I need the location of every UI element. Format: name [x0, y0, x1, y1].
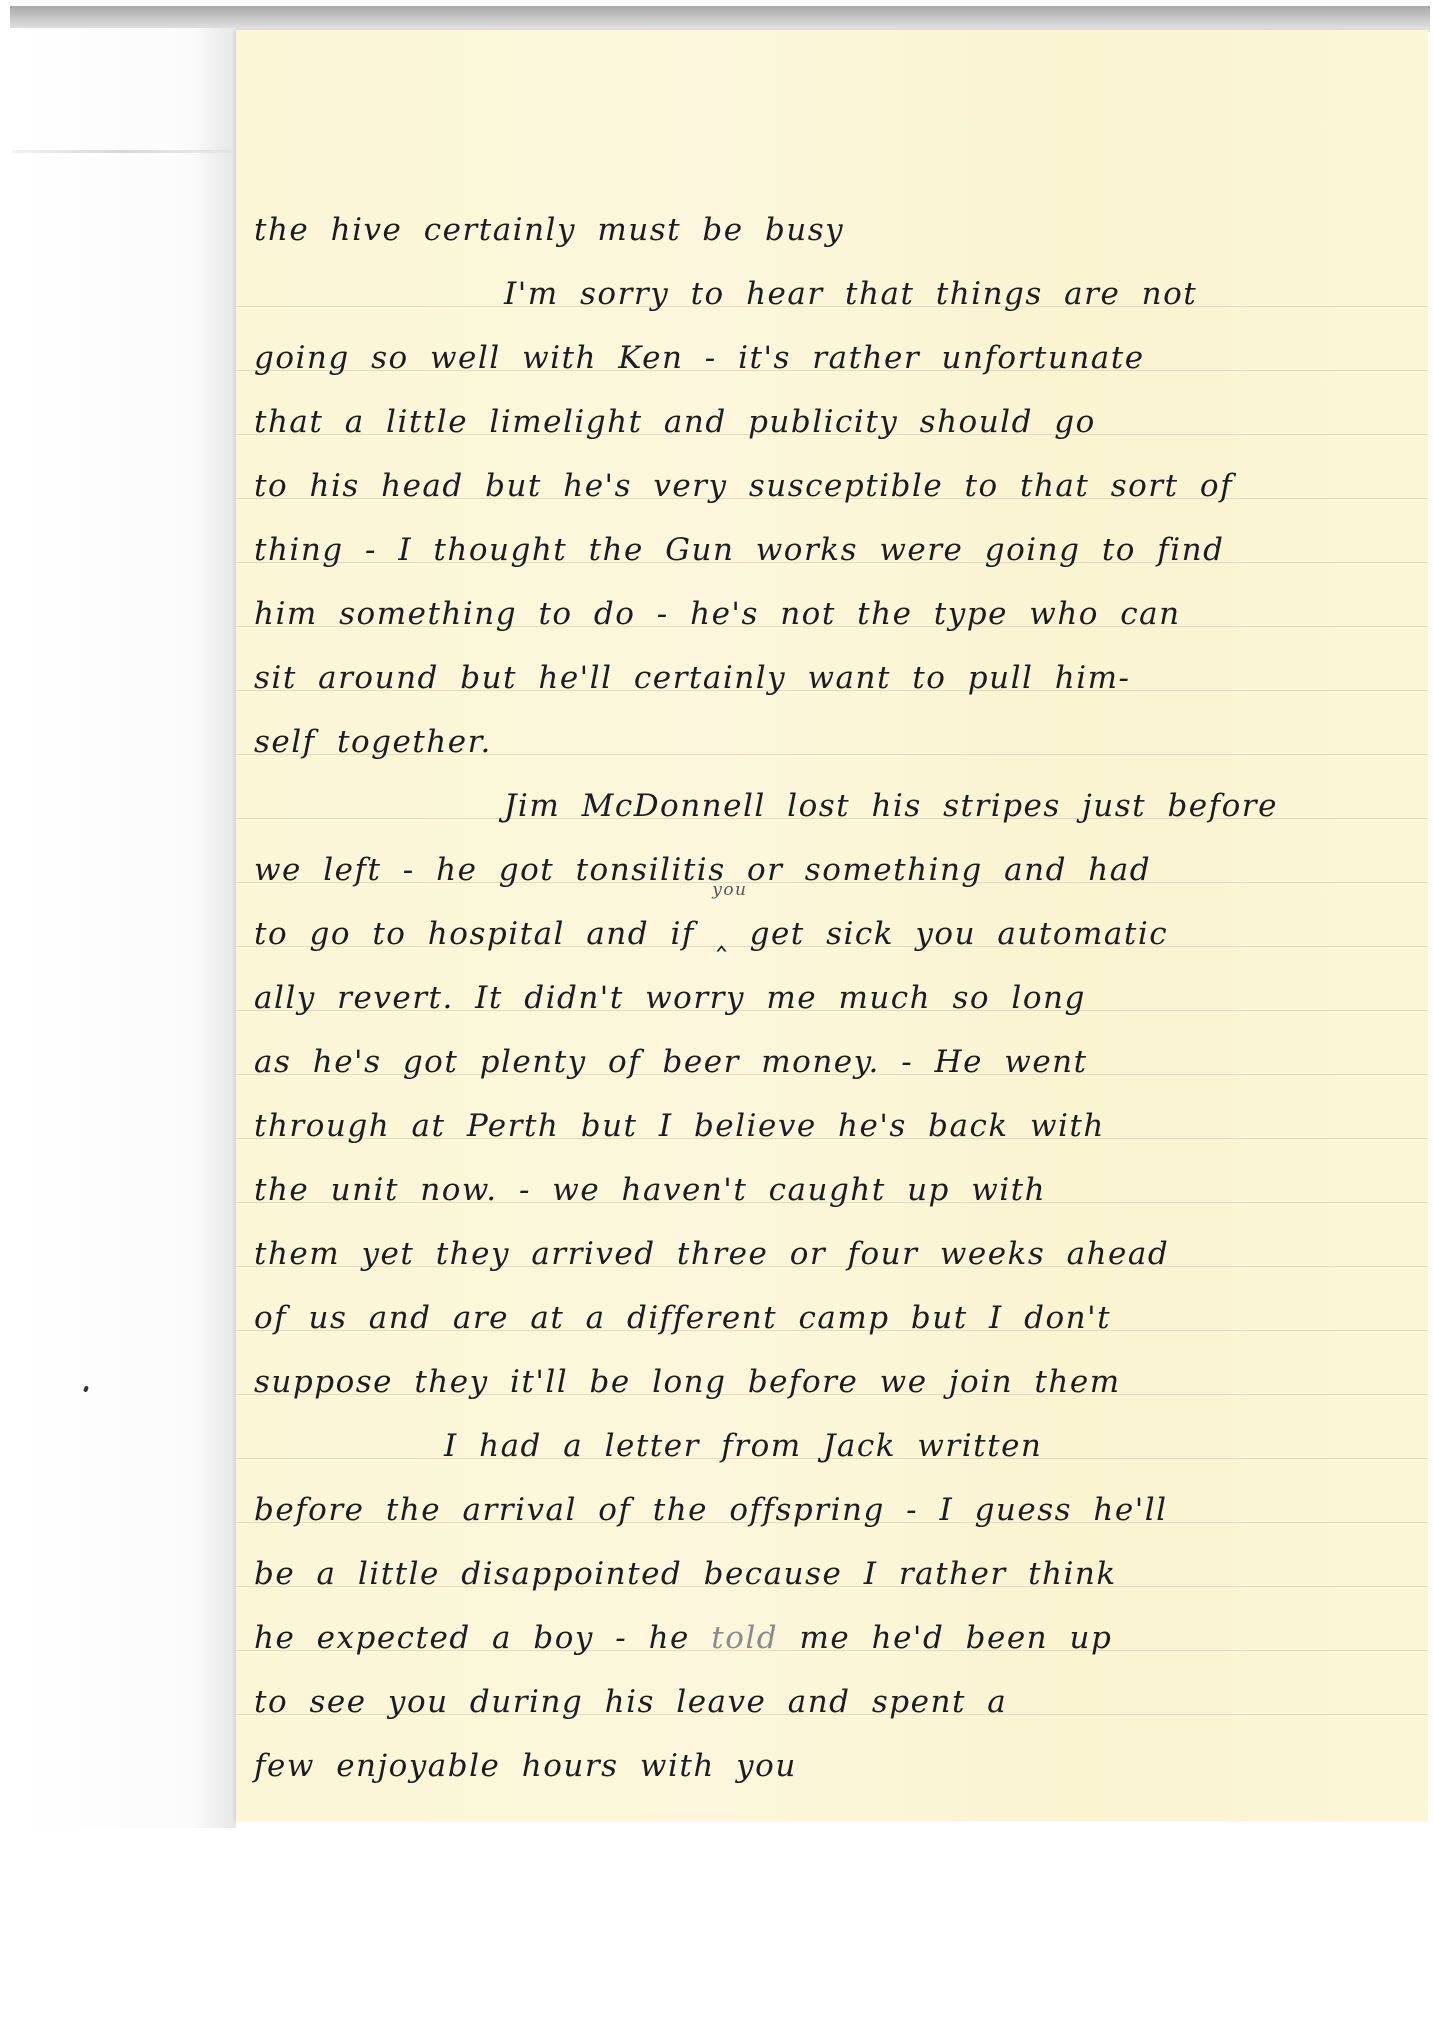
line-text-after: get sick you automatic — [750, 916, 1169, 952]
letter-body: the hive certainly must be busy I'm sorr… — [254, 198, 1414, 1798]
inserted-word: you — [712, 880, 747, 900]
letter-line: the hive certainly must be busy — [254, 198, 1414, 262]
line-text-after: me he'd been up — [800, 1620, 1113, 1656]
caret-insertion: you‸ — [716, 902, 728, 966]
letter-line: them yet they arrived three or four week… — [254, 1222, 1414, 1286]
fold-crease — [12, 150, 232, 153]
faint-word: told — [711, 1620, 778, 1656]
letter-line-paragraph-start: Jim McDonnell lost his stripes just befo… — [254, 774, 1414, 838]
letter-line: to his head but he's very susceptible to… — [254, 454, 1414, 518]
letter-line: suppose they it'll be long before we joi… — [254, 1350, 1414, 1414]
letter-line: him something to do - he's not the type … — [254, 582, 1414, 646]
line-text-before: he expected a boy - he — [254, 1620, 690, 1656]
letter-line-with-faint-word: he expected a boy - he told me he'd been… — [254, 1606, 1414, 1670]
letter-line: few enjoyable hours with you — [254, 1734, 1414, 1798]
letter-line: that a little limelight and publicity sh… — [254, 390, 1414, 454]
line-text-before: to go to hospital and if — [254, 916, 695, 952]
letter-line: the unit now. - we haven't caught up wit… — [254, 1158, 1414, 1222]
letter-line: as he's got plenty of beer money. - He w… — [254, 1030, 1414, 1094]
letter-line: before the arrival of the offspring - I … — [254, 1478, 1414, 1542]
letter-line: of us and are at a different camp but I … — [254, 1286, 1414, 1350]
letter-line: through at Perth but I believe he's back… — [254, 1094, 1414, 1158]
letter-line-with-insertion: to go to hospital and if you‸ get sick y… — [254, 902, 1414, 966]
letter-line: going so well with Ken - it's rather unf… — [254, 326, 1414, 390]
letter-line: we left - he got tonsilitis or something… — [254, 838, 1414, 902]
letter-line: be a little disappointed because I rathe… — [254, 1542, 1414, 1606]
letter-line: to see you during his leave and spent a — [254, 1670, 1414, 1734]
letter-page: the hive certainly must be busy I'm sorr… — [236, 30, 1428, 1821]
letter-line-paragraph-start: I'm sorry to hear that things are not — [254, 262, 1414, 326]
letter-line: thing - I thought the Gun works were goi… — [254, 518, 1414, 582]
letter-line: self together. — [254, 710, 1414, 774]
letter-line: ally revert. It didn't worry me much so … — [254, 966, 1414, 1030]
letter-line-paragraph-start: I had a letter from Jack written — [254, 1414, 1414, 1478]
scanner-background — [10, 28, 236, 1828]
letter-line: sit around but he'll certainly want to p… — [254, 646, 1414, 710]
